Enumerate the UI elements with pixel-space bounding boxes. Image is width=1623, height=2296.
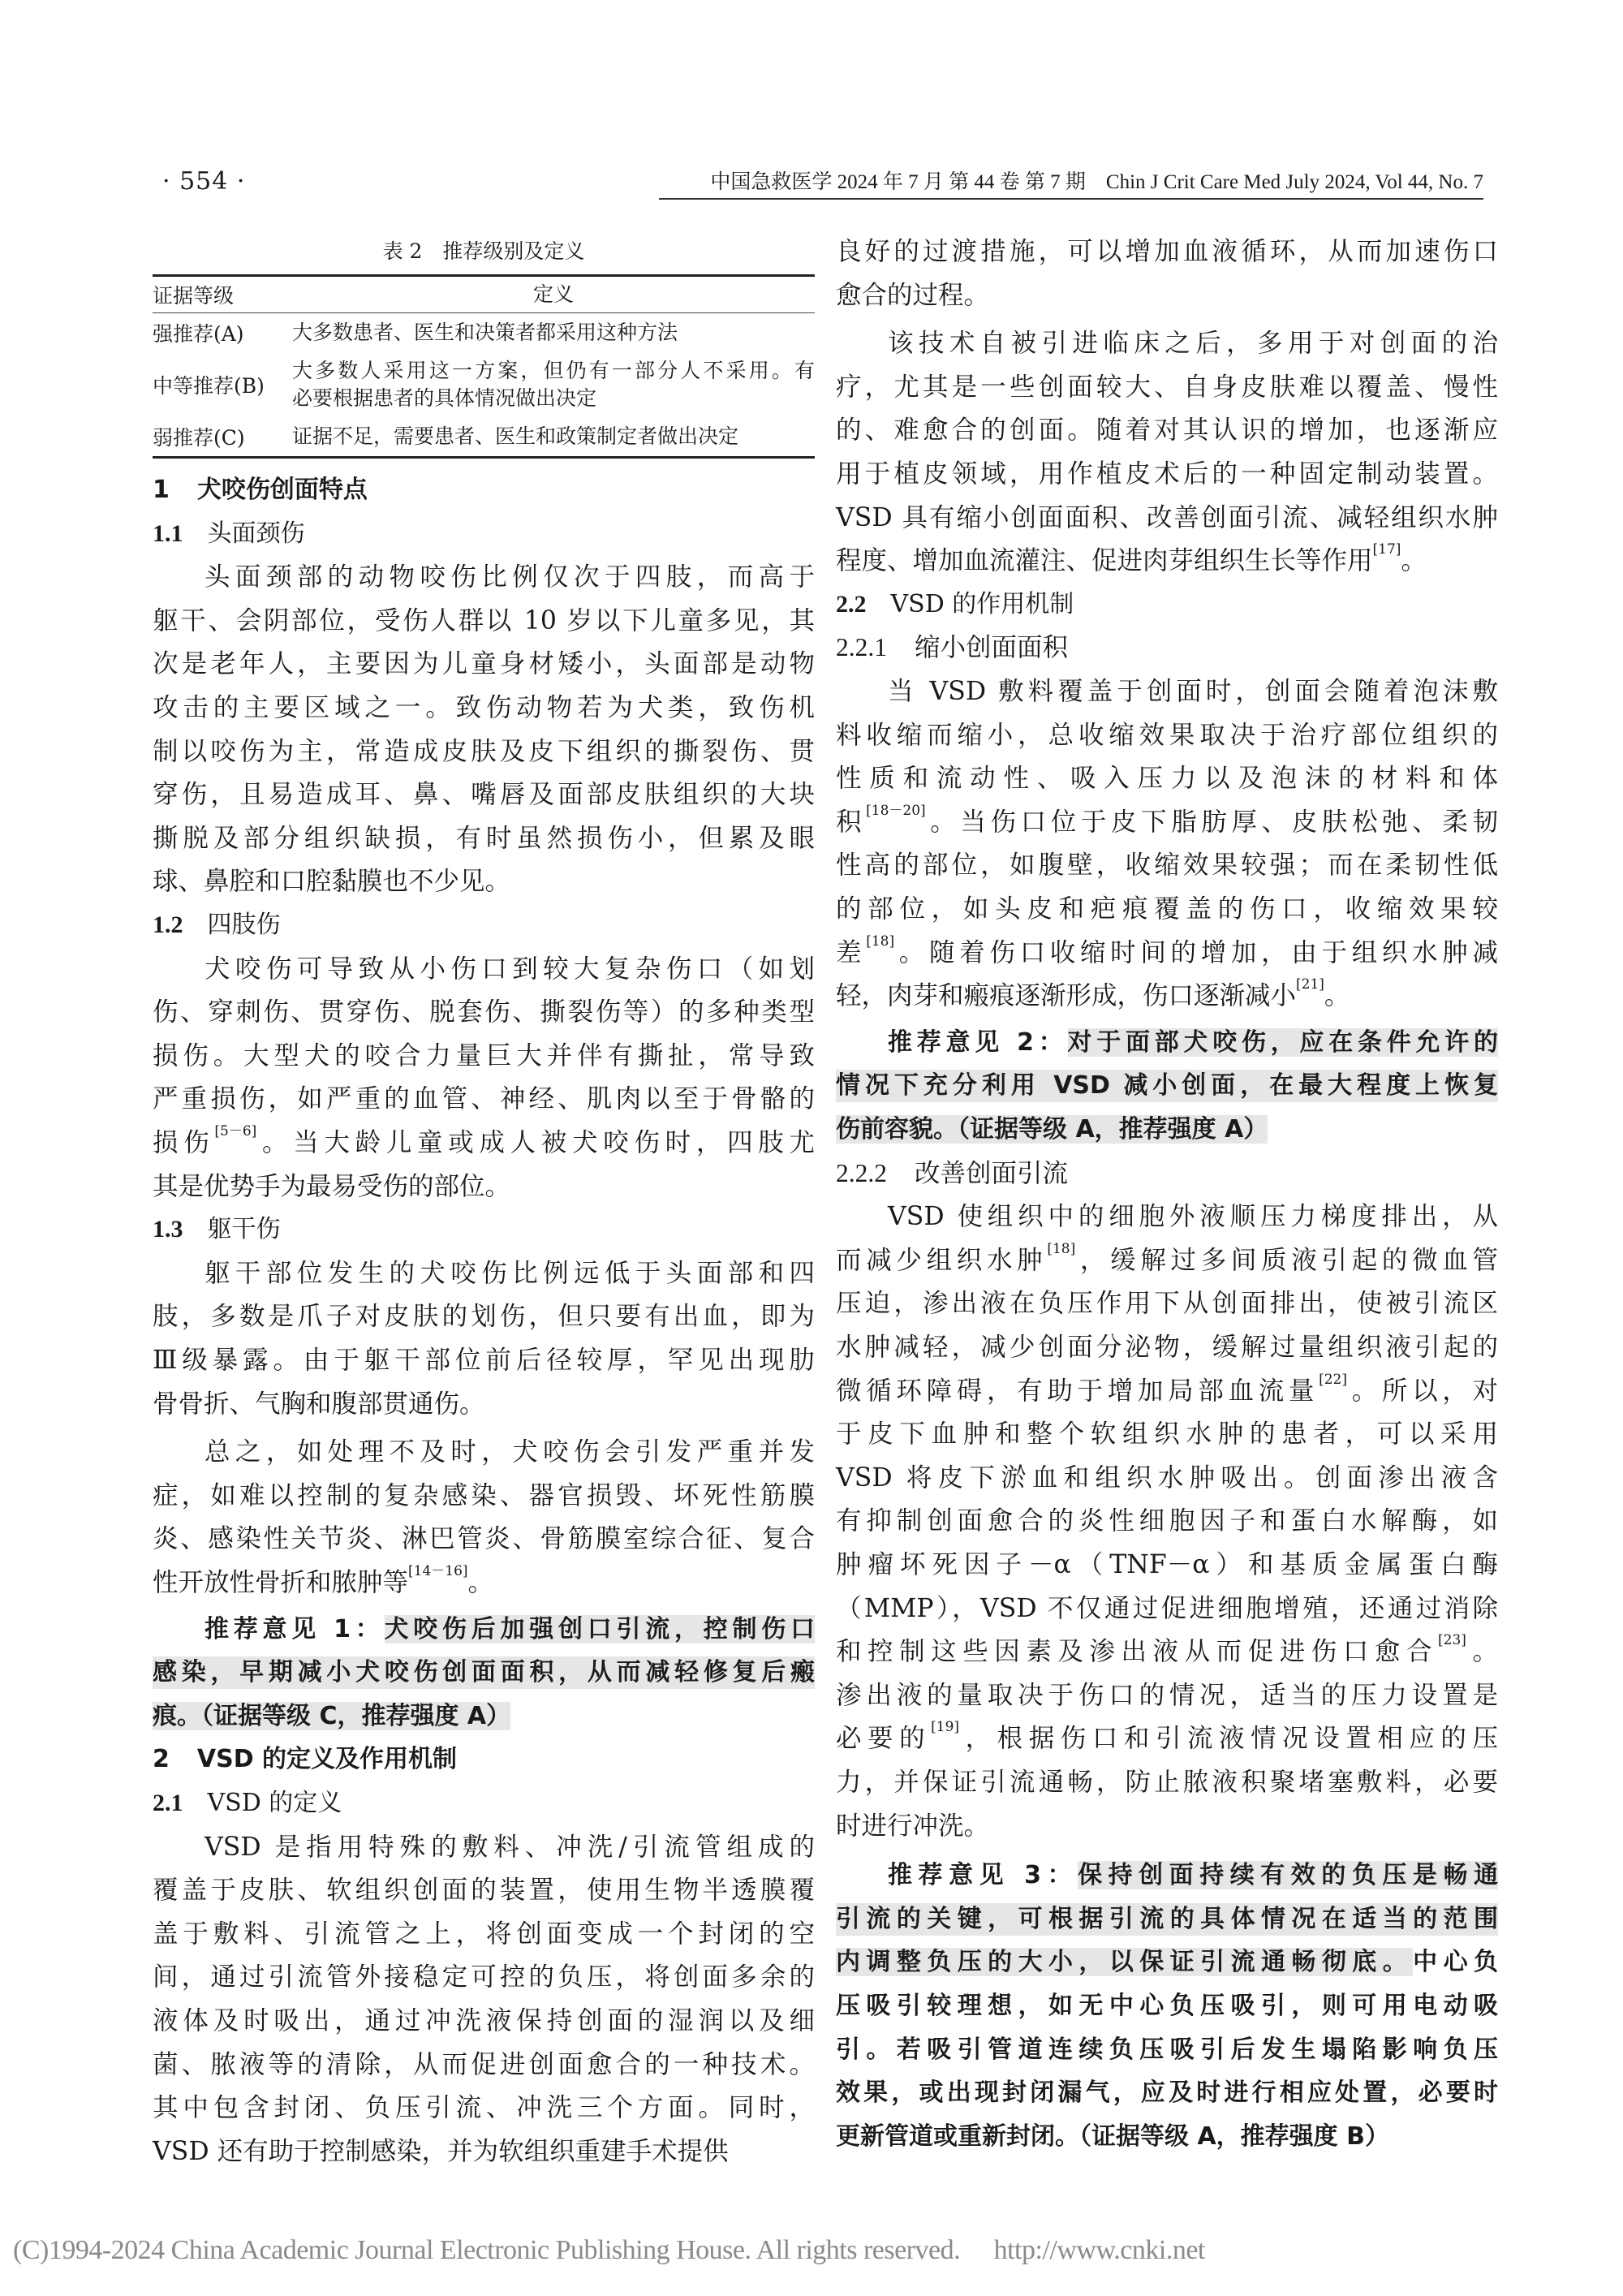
recommendation-label: 推荐意见 2： [888, 1028, 1068, 1057]
paragraph-line: 水肿减轻，减少创面分泌物，缓解过量组织液引起的 [836, 1331, 1498, 1363]
table-row: 中等推荐(B) 大多数人采用这一方案，但仍有一部分人不采用。有 必要根据患者的具… [153, 352, 815, 417]
paragraph-line: 的、难愈合的创面。随着对其认识的增加，也逐渐应 [836, 414, 1498, 446]
paragraph-line: 用于植皮领域，用作植皮术后的一种固定制动装置。 [836, 458, 1498, 490]
paragraph-line: 料收缩而缩小，总收缩效果取决于治疗部位组织的 [836, 719, 1498, 752]
paragraph-line: 必要的[19]，根据伤口和引流液情况设置相应的压 [836, 1722, 1498, 1755]
paragraph-line: 制以咬伤为主，常造成皮肤及皮下组织的撕裂伤、贯 [153, 735, 815, 768]
section-title: 改善创面引流 [915, 1159, 1068, 1188]
recommendation-line: 推荐意见 2：对于面部犬咬伤，应在条件允许的 [836, 1027, 1498, 1059]
recommendation-label: 推荐意见 1： [204, 1615, 385, 1643]
paragraph-line: 攻击的主要区域之一。致伤动物若为犬类，致伤机 [153, 691, 815, 724]
paragraph-line: 穿伤，且易造成耳、鼻、嘴唇及面部皮肤组织的大块 [153, 778, 815, 811]
paragraph-line: 良好的过渡措施，可以增加血液循环，从而加速伤口 [836, 235, 1498, 268]
paragraph-line: 力，并保证引流通畅，防止脓液积聚堵塞敷料，必要 [836, 1766, 1498, 1798]
section-title: 四肢伤 [208, 911, 281, 939]
paragraph-line: 渗出液的量取决于伤口的情况，适当的压力设置是 [836, 1679, 1498, 1712]
table-row: 强推荐(A) 大多数患者、医生和决策者都采用这种方法 [153, 313, 815, 352]
section-title: VSD 的定义 [208, 1789, 342, 1817]
section-title: 头面颈伤 [208, 519, 305, 548]
citation: [18－20] [866, 803, 926, 819]
definition-cell: 大多数患者、医生和决策者都采用这种方法 [292, 319, 815, 347]
paragraph-line: 性质和流动性、吸入压力以及泡沫的材料和体 [836, 762, 1498, 795]
section-heading: 2.2.2改善创面引流 [836, 1157, 1498, 1190]
paragraph-line: 性高的部位，如腹壁，收缩效果较强；而在柔韧性低 [836, 849, 1498, 881]
paragraph-line: VSD 具有缩小创面面积、改善创面引流、减轻组织水肿 [836, 502, 1498, 534]
recommendation-line: 引流的关键，可根据引流的具体情况在适当的范围 [836, 1903, 1498, 1936]
paragraph-line: 的部位，如头皮和疤痕覆盖的伤口，收缩效果较 [836, 893, 1498, 925]
citation: [19] [931, 1719, 959, 1735]
paragraph-line: 程度、增加血流灌注、促进肉芽组织生长等作用[17]。 [836, 545, 1498, 577]
section-heading: 1.2四肢伤 [153, 909, 815, 941]
section-title: 缩小创面面积 [915, 633, 1068, 662]
citation: [18] [866, 933, 894, 950]
paragraph-line: 骨骨折、气胸和腹部贯通伤。 [153, 1388, 815, 1420]
citation: [5－6] [214, 1123, 256, 1139]
paragraph-line: 而减少组织水肿[18]，缓解过多间质液引起的微血管 [836, 1244, 1498, 1277]
section-heading: 2.1VSD 的定义 [153, 1787, 815, 1820]
paragraph-line: 当 VSD 敷料覆盖于创面时，创面会随着泡沫敷 [836, 675, 1498, 708]
paragraph-line: （MMP），VSD 不仅通过促进细胞增殖，还通过消除 [836, 1592, 1498, 1625]
paragraph-line: 严重损伤，如严重的血管、神经、肌肉以至于骨骼的 [153, 1083, 815, 1115]
table-header-row: 证据等级 定义 [153, 277, 815, 313]
paragraph-line: 有抑制创面愈合的炎性细胞因子和蛋白水解酶，如 [836, 1505, 1498, 1537]
paragraph-line: 于皮下血肿和整个软组织水肿的患者，可以采用 [836, 1418, 1498, 1450]
citation: [21] [1296, 976, 1324, 993]
paragraph-line: 其中包含封闭、负压引流、冲洗三个方面。同时， [153, 2091, 815, 2124]
paragraph-line: VSD 是指用特殊的敷料、冲洗/引流管组成的 [153, 1831, 815, 1863]
recommendation-line: 内调整负压的大小，以保证引流通畅彻底。中心负 [836, 1946, 1498, 1979]
paragraph-line: VSD 还有助于控制感染，并为软组织重建手术提供 [153, 2135, 815, 2168]
paragraph-line: 疗，尤其是一些创面较大、自身皮肤难以覆盖、慢性 [836, 371, 1498, 403]
copyright-footer: (C)1994-2024 China Academic Journal Elec… [13, 2227, 1205, 2267]
column-header-definition: 定义 [292, 281, 815, 308]
section-title: 犬咬伤创面特点 [197, 476, 368, 504]
paragraph-line: 液体及时吸出，通过冲洗液保持创面的湿润以及细 [153, 2005, 815, 2037]
page-number: · 554 · [162, 167, 245, 196]
citation: [17] [1373, 541, 1401, 558]
paragraph-line: 覆盖于皮肤、软组织创面的装置，使用生物半透膜覆 [153, 1874, 815, 1906]
paragraph-line: 愈合的过程。 [836, 279, 1498, 312]
paragraph-line: VSD 使组织中的细胞外液顺压力梯度排出，从 [836, 1200, 1498, 1233]
recommendation-line: 情况下充分利用 VSD 减小创面，在最大程度上恢复 [836, 1070, 1498, 1102]
section-title: VSD 的定义及作用机制 [197, 1745, 457, 1773]
section-number: 2.2 [836, 591, 867, 618]
paragraph-line: 头面颈部的动物咬伤比例仅次于四肢，而高于 [153, 561, 815, 593]
paragraph-line: VSD 将皮下淤血和组织水肿吸出。创面渗出液含 [836, 1462, 1498, 1494]
paragraph-line: 性开放性骨折和脓肿等[14－16]。 [153, 1566, 815, 1599]
section-heading: 2VSD 的定义及作用机制 [153, 1743, 815, 1776]
paragraph-line: 菌、脓液等的清除，从而促进创面愈合的一种技术。 [153, 2048, 815, 2081]
paragraph-line: 该技术自被引进临床之后，多用于对创面的治 [836, 327, 1498, 360]
paragraph-line: 盖于敷料、引流管之上，将创面变成一个封闭的空 [153, 1918, 815, 1950]
section-number: 1.2 [153, 911, 183, 938]
paragraph-line: 总之，如处理不及时，犬咬伤会引发严重并发 [153, 1436, 815, 1468]
section-number: 2.1 [153, 1790, 183, 1816]
citation: [18] [1047, 1241, 1075, 1257]
grade-cell: 弱推荐(C) [153, 422, 292, 451]
recommendation-line: 痕。（证据等级 C，推荐强度 A） [153, 1700, 815, 1733]
citation: [23] [1438, 1632, 1466, 1648]
paragraph-line: 微循环障碍，有助于增加局部血流量[22]。所以，对 [836, 1375, 1498, 1407]
paragraph-line: 肿瘤坏死因子－α（TNF－α）和基质金属蛋白酶 [836, 1549, 1498, 1581]
section-number: 2.2.1 [836, 633, 887, 661]
section-number: 1.1 [153, 520, 183, 547]
citation: [22] [1319, 1372, 1347, 1388]
paragraph-line: 炎、感染性关节炎、淋巴管炎、骨筋膜室综合征、复合 [153, 1523, 815, 1555]
grade-cell: 强推荐(A) [153, 318, 292, 347]
recommendation-label: 推荐意见 3： [888, 1861, 1078, 1889]
section-number: 1.3 [153, 1216, 183, 1243]
paragraph-line: 间，通过引流管外接稳定可控的负压，将创面多余的 [153, 1961, 815, 1993]
section-heading: 1.1头面颈伤 [153, 518, 815, 550]
paragraph-line: 肢，多数是爪子对皮肤的划伤，但只要有出血，即为 [153, 1300, 815, 1333]
paragraph-line: 伤、穿刺伤、贯穿伤、脱套伤、撕裂伤等）的多种类型 [153, 996, 815, 1028]
citation: [14－16] [408, 1563, 468, 1579]
recommendation-line: 压吸引较理想，如无中心负压吸引，则可用电动吸 [836, 1990, 1498, 2022]
paragraph-line: 症，如难以控制的复杂感染、器官损毁、坏死性筋膜 [153, 1480, 815, 1512]
section-number: 2.2.2 [836, 1159, 887, 1187]
section-title: VSD 的作用机制 [891, 590, 1074, 618]
column-header-grade: 证据等级 [153, 280, 292, 309]
table-row: 弱推荐(C) 证据不足，需要患者、医生和政策制定者做出决定 [153, 417, 815, 456]
recommendation-line: 伤前容貌。（证据等级 A，推荐强度 A） [836, 1114, 1498, 1146]
grade-cell: 中等推荐(B) [153, 370, 292, 399]
paragraph-line: 压迫，渗出液在负压作用下从创面排出，使被引流区 [836, 1287, 1498, 1320]
paragraph-line: 和控制这些因素及渗出液从而促进伤口愈合[23]。 [836, 1635, 1498, 1668]
section-title: 躯干伤 [208, 1215, 281, 1243]
recommendation-line: 推荐意见 1：犬咬伤后加强创口引流，控制伤口 [153, 1613, 815, 1646]
recommendation-line: 效果，或出现封闭漏气，应及时进行相应处置，必要时 [836, 2077, 1498, 2109]
section-number: 2 [153, 1745, 170, 1773]
paragraph-line: 撕脱及部分组织缺损，有时虽然损伤小，但累及眼 [153, 822, 815, 855]
definition-cell: 大多数人采用这一方案，但仍有一部分人不采用。有 必要根据患者的具体情况做出决定 [292, 357, 815, 412]
paragraph-line: 球、鼻腔和口腔黏膜也不少见。 [153, 865, 815, 898]
paragraph-line: 犬咬伤可导致从小伤口到较大复杂伤口（如划 [153, 953, 815, 985]
running-head: 中国急救医学 2024 年 7 月 第 44 卷 第 7 期 Chin J Cr… [659, 166, 1483, 200]
paragraph-line: 轻，肉芽和瘢痕逐渐形成，伤口逐渐减小[21]。 [836, 980, 1498, 1012]
paragraph-line: 损伤。大型犬的咬合力量巨大并伴有撕扯，常导致 [153, 1040, 815, 1072]
section-heading: 1犬咬伤创面特点 [153, 474, 815, 506]
paragraph-line: 时进行冲洗。 [836, 1810, 1498, 1842]
definition-cell: 证据不足，需要患者、医生和政策制定者做出决定 [292, 423, 815, 450]
recommendation-line: 引。若吸引管道连续负压吸引后发生塌陷影响负压 [836, 2034, 1498, 2066]
paragraph-line: 躯干、会阴部位，受伤人群以 10 岁以下儿童多见，其 [153, 605, 815, 637]
recommendation-line: 更新管道或重新封闭。（证据等级 A，推荐强度 B） [836, 2121, 1498, 2153]
recommendation-line: 感染，早期减小犬咬伤创面面积，从而减轻修复后瘢 [153, 1656, 815, 1689]
paragraph-line: 积[18－20]。当伤口位于皮下脂肪厚、皮肤松弛、柔韧 [836, 806, 1498, 838]
paragraph-line: 次是老年人，主要因为儿童身材矮小，头面部是动物 [153, 648, 815, 680]
paragraph-line: Ⅲ级暴露。由于躯干部位前后径较厚，罕见出现肋 [153, 1344, 815, 1376]
section-number: 1 [153, 476, 170, 504]
paragraph-line: 其是优势手为最易受伤的部位。 [153, 1170, 815, 1203]
section-heading: 2.2.1缩小创面面积 [836, 631, 1498, 664]
recommendation-line: 推荐意见 3：保持创面持续有效的负压是畅通 [836, 1859, 1498, 1892]
paragraph-line: 躯干部位发生的犬咬伤比例远低于头面部和四 [153, 1257, 815, 1290]
paragraph-line: 损伤[5－6]。当大龄儿童或成人被犬咬伤时，四肢尤 [153, 1126, 815, 1159]
table-caption: 表 2 推荐级别及定义 [153, 235, 815, 265]
paragraph-line: 差[18]。随着伤口收缩时间的增加，由于组织水肿减 [836, 937, 1498, 969]
section-heading: 1.3躯干伤 [153, 1213, 815, 1246]
section-heading: 2.2VSD 的作用机制 [836, 588, 1498, 621]
recommendation-table: 证据等级 定义 强推荐(A) 大多数患者、医生和决策者都采用这种方法 中等推荐(… [153, 274, 815, 459]
